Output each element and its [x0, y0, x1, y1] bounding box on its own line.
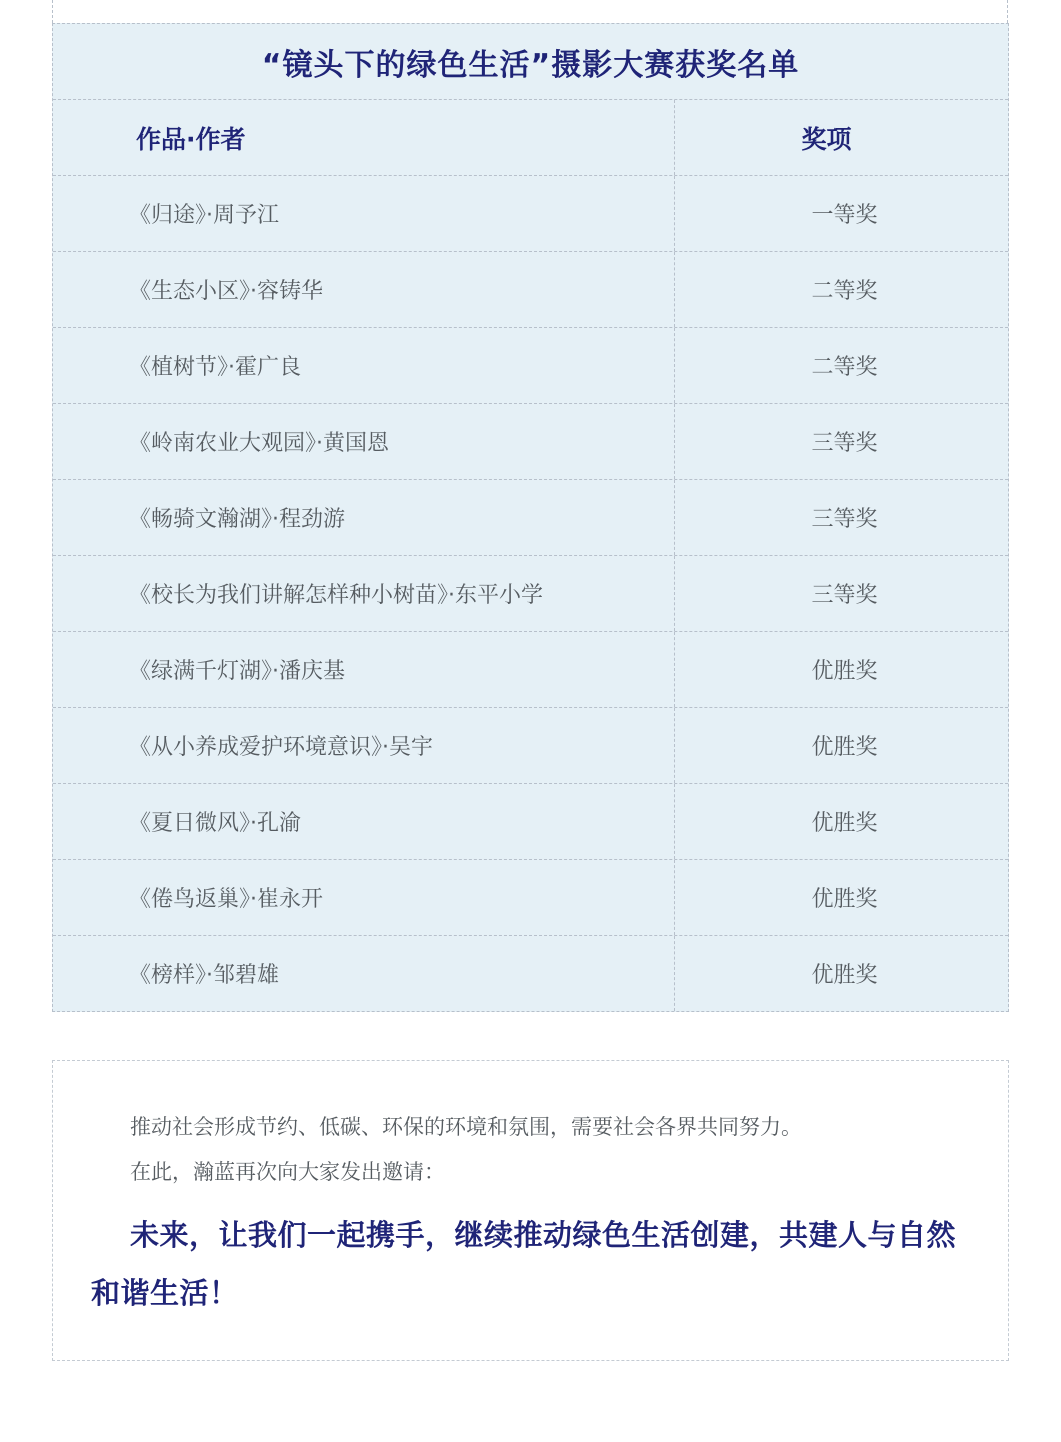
prize-cell: 三等奖 [675, 404, 1008, 479]
work-author-cell: 《夏日微风》·孔渝 [53, 784, 675, 859]
table-row: 《畅骑文瀚湖》·程劲游 三等奖 [53, 480, 1008, 556]
table-row: 《榜样》·邹碧雄 优胜奖 [53, 936, 1008, 1011]
table-row: 《校长为我们讲解怎样种小树苗》·东平小学 三等奖 [53, 556, 1008, 632]
work-author-cell: 《植树节》·霍广良 [53, 328, 675, 403]
table-row: 《植树节》·霍广良 二等奖 [53, 328, 1008, 404]
table-row: 《归途》·周予江 一等奖 [53, 176, 1008, 252]
table-row: 《生态小区》·容铸华 二等奖 [53, 252, 1008, 328]
table-row: 《夏日微风》·孔渝 优胜奖 [53, 784, 1008, 860]
table-row: 《倦鸟返巢》·崔永开 优胜奖 [53, 860, 1008, 936]
work-author-cell: 《校长为我们讲解怎样种小树苗》·东平小学 [53, 556, 675, 631]
table-row: 《绿满千灯湖》·潘庆基 优胜奖 [53, 632, 1008, 708]
prize-cell: 优胜奖 [675, 936, 1008, 1011]
closing-message-box: 推动社会形成节约、低碳、环保的环境和氛围，需要社会各界共同努力。 在此，瀚蓝再次… [52, 1060, 1009, 1361]
table-row: 《岭南农业大观园》·黄国恩 三等奖 [53, 404, 1008, 480]
prize-cell: 三等奖 [675, 556, 1008, 631]
work-author-cell: 《绿满千灯湖》·潘庆基 [53, 632, 675, 707]
work-author-cell: 《畅骑文瀚湖》·程劲游 [53, 480, 675, 555]
prize-cell: 三等奖 [675, 480, 1008, 555]
prize-cell: 优胜奖 [675, 860, 1008, 935]
prize-cell: 优胜奖 [675, 784, 1008, 859]
header-work-author: 作品·作者 [53, 100, 675, 175]
prize-cell: 二等奖 [675, 252, 1008, 327]
header-prize: 奖项 [675, 100, 1008, 175]
closing-paragraph-2: 在此，瀚蓝再次向大家发出邀请： [130, 1156, 445, 1186]
award-table: “镜头下的绿色生活”摄影大赛获奖名单 作品·作者 奖项 《归途》·周予江 一等奖… [52, 23, 1009, 1012]
table-title: “镜头下的绿色生活”摄影大赛获奖名单 [53, 24, 1008, 100]
work-author-cell: 《榜样》·邹碧雄 [53, 936, 675, 1011]
work-author-cell: 《归途》·周予江 [53, 176, 675, 251]
closing-paragraph-1: 推动社会形成节约、低碳、环保的环境和氛围，需要社会各界共同努力。 [130, 1111, 802, 1141]
top-frame-edge [52, 0, 1008, 23]
prize-cell: 优胜奖 [675, 708, 1008, 783]
prize-cell: 二等奖 [675, 328, 1008, 403]
closing-highlight: 未来，让我们一起携手，继续推动绿色生活创建，共建人与自然和谐生活！ [91, 1206, 981, 1322]
work-author-cell: 《岭南农业大观园》·黄国恩 [53, 404, 675, 479]
prize-cell: 一等奖 [675, 176, 1008, 251]
table-header-row: 作品·作者 奖项 [53, 100, 1008, 176]
work-author-cell: 《从小养成爱护环境意识》·吴宇 [53, 708, 675, 783]
work-author-cell: 《倦鸟返巢》·崔永开 [53, 860, 675, 935]
work-author-cell: 《生态小区》·容铸华 [53, 252, 675, 327]
prize-cell: 优胜奖 [675, 632, 1008, 707]
table-row: 《从小养成爱护环境意识》·吴宇 优胜奖 [53, 708, 1008, 784]
